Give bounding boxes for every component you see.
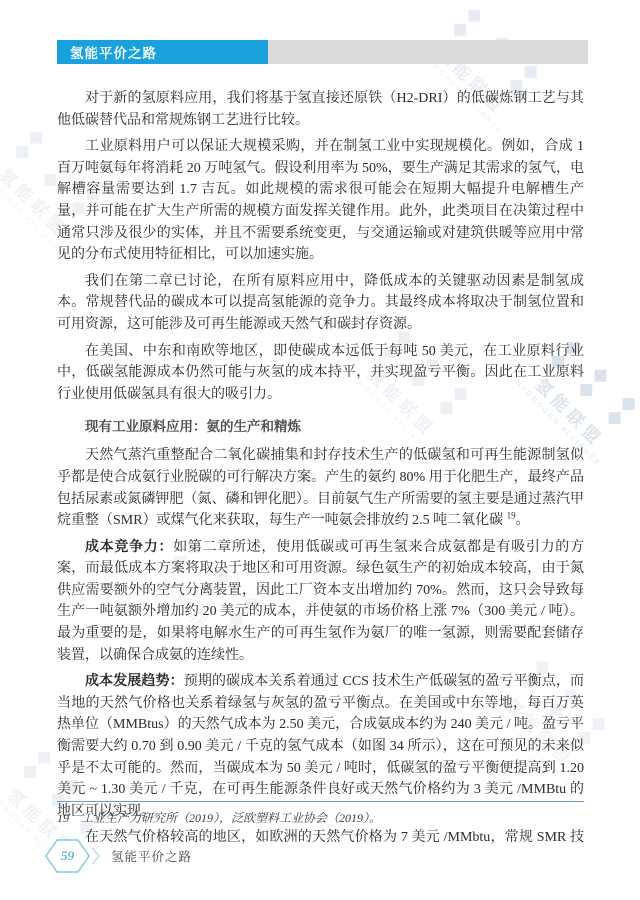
footnote-divider	[57, 801, 584, 802]
paragraph-cost-drivers: 我们在第二章已讨论，在所有原料应用中，降低成本的关键驱动因素是制氢成本。常规替代…	[57, 271, 584, 336]
running-header-title: 氢能平价之路	[57, 40, 268, 64]
paragraph-text: 如第二章所述，使用低碳或可再生氢来合成氨都是有吸引力的方案，而最低成本方案将取决…	[57, 540, 584, 663]
running-header-bar: 氢能平价之路	[57, 40, 588, 64]
page-number-badge: 59	[45, 838, 103, 874]
paragraph-text: 天然气蒸汽重整配合二氧化碳捕集和封存技术生产的低碳氢和可再生能源制氢似乎都是使合…	[57, 448, 584, 528]
section-heading: 现有工业原料应用：氨的生产和精炼	[57, 416, 584, 438]
footnote-number: 19	[57, 811, 69, 825]
document-page: ◆ ◆ ◆ ◆ ◆ ◆ 氢能联盟 HYDROGEN ALLIANCE ◆ ◆ ◆…	[0, 0, 640, 900]
page-body: 对于新的氢原料应用，我们将基于氢直接还原铁（H2-DRI）的低碳炼钢工艺与其他低…	[57, 88, 584, 876]
page-number: 59	[45, 838, 90, 874]
paragraph-lead-label: 成本发展趋势：	[85, 674, 184, 689]
paragraph-ammonia-production: 天然气蒸汽重整配合二氧化碳捕集和封存技术生产的低碳氢和可再生能源制氢似乎都是使合…	[57, 445, 584, 531]
paragraph-cost-competitiveness: 成本竞争力：如第二章所述，使用低碳或可再生氢来合成氨都是有吸引力的方案，而最低成…	[57, 537, 584, 667]
footnote-text: 工业生产力研究所（2019），泛欧塑料工业协会（2019）。	[81, 811, 381, 825]
paragraph-h2dri-intro: 对于新的氢原料应用，我们将基于氢直接还原铁（H2-DRI）的低碳炼钢工艺与其他低…	[57, 88, 584, 131]
paragraph-regional-breakeven: 在美国、中东和南欧等地区，即使碳成本远低于每吨 50 美元，在工业原料行业中，低…	[57, 341, 584, 406]
paragraph-text: 预期的碳成本关系着通过 CCS 技术生产低碳氢的盈亏平衡点，而当地的天然气价格也…	[57, 674, 584, 819]
paragraph-lead-label: 成本竞争力：	[85, 540, 173, 555]
footer-document-title: 氢能平价之路	[111, 847, 192, 865]
page-footer: 59 氢能平价之路	[45, 838, 192, 874]
paragraph-industrial-scale: 工业原料用户可以保证大规模采购，并在制氢工业中实现规模化。例如，合成 1 百万吨…	[57, 136, 584, 266]
paragraph-cost-trend: 成本发展趋势：预期的碳成本关系着通过 CCS 技术生产低碳氢的盈亏平衡点，而当地…	[57, 671, 584, 822]
footnote: 19工业生产力研究所（2019），泛欧塑料工业协会（2019）。	[57, 810, 584, 826]
paragraph-text: 。	[516, 513, 530, 528]
footnote-reference-19: 19	[507, 510, 516, 520]
